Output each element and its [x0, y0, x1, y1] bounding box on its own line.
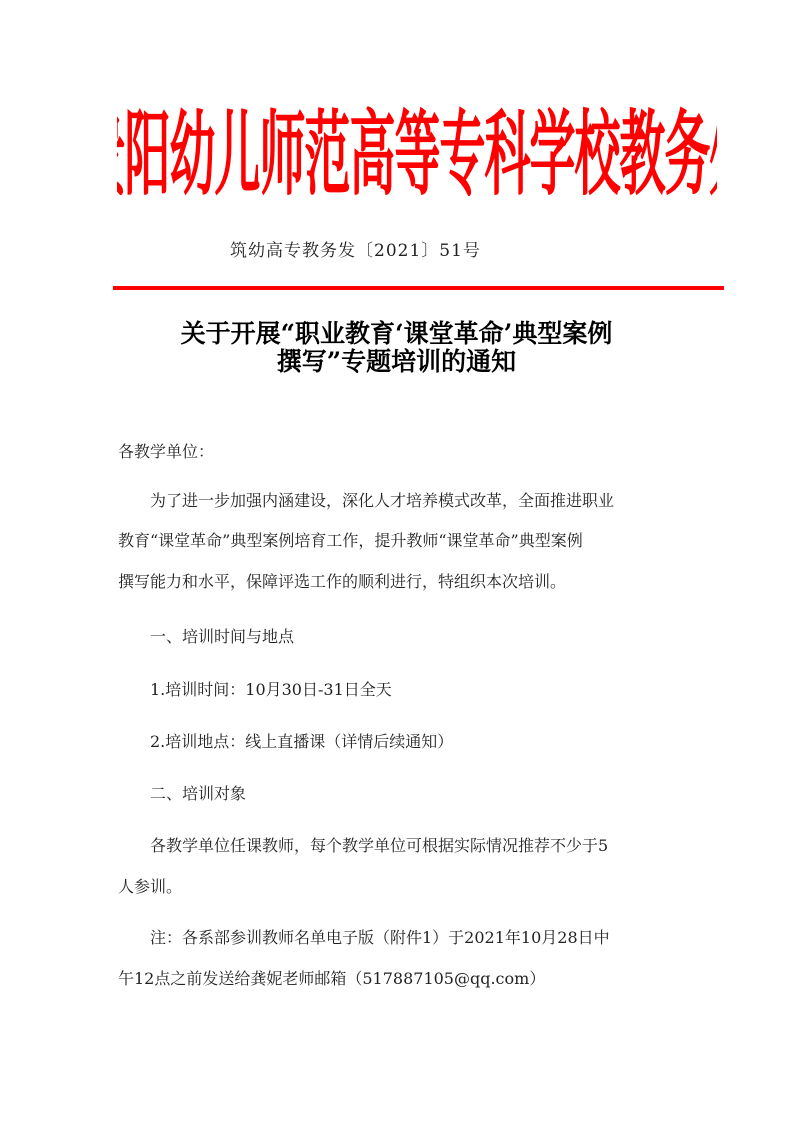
- section-2-line-1: 各教学单位任课教师，每个教学单位可根据实际情况推荐不少于5: [150, 833, 716, 856]
- section-2-heading: 二、培训对象: [150, 781, 716, 804]
- section-1-item-1: 1.培训时间：10月30日-31日全天: [150, 677, 716, 700]
- organization-header: 贵阳幼儿师范高等专科学校教务处: [117, 96, 717, 200]
- note-line-1: 注：各系部参训教师名单电子版（附件1）于2021年10月28日中: [150, 925, 716, 948]
- document-title: 关于开展“职业教育‘课堂革命’典型案例 撰写”专题培训的通知: [90, 320, 703, 376]
- intro-line-3: 撰写能力和水平，保障评选工作的顺利进行，特组织本次培训。: [118, 569, 684, 592]
- section-1-heading: 一、培训时间与地点: [150, 624, 716, 647]
- document-number: 筑幼高专教务发〔2021〕51号: [230, 236, 481, 261]
- section-1-item-2: 2.培训地点：线上直播课（详情后续通知）: [150, 729, 716, 752]
- section-2-line-2: 人参训。: [118, 874, 684, 897]
- intro-line-2: 教育“课堂革命”典型案例培育工作，提升教师“课堂革命”典型案例: [118, 528, 684, 551]
- salutation: 各教学单位：: [118, 439, 684, 462]
- organization-name: 贵阳幼儿师范高等专科学校教务处: [117, 96, 717, 200]
- note-line-2: 午12点之前发送给龚妮老师邮箱（517887105@qq.com）: [118, 966, 684, 989]
- title-line-1: 关于开展“职业教育‘课堂革命’典型案例: [90, 320, 703, 348]
- intro-line-1: 为了进一步加强内涵建设，深化人才培养模式改革，全面推进职业: [150, 488, 716, 511]
- red-divider: [113, 286, 724, 290]
- title-line-2: 撰写”专题培训的通知: [90, 348, 703, 376]
